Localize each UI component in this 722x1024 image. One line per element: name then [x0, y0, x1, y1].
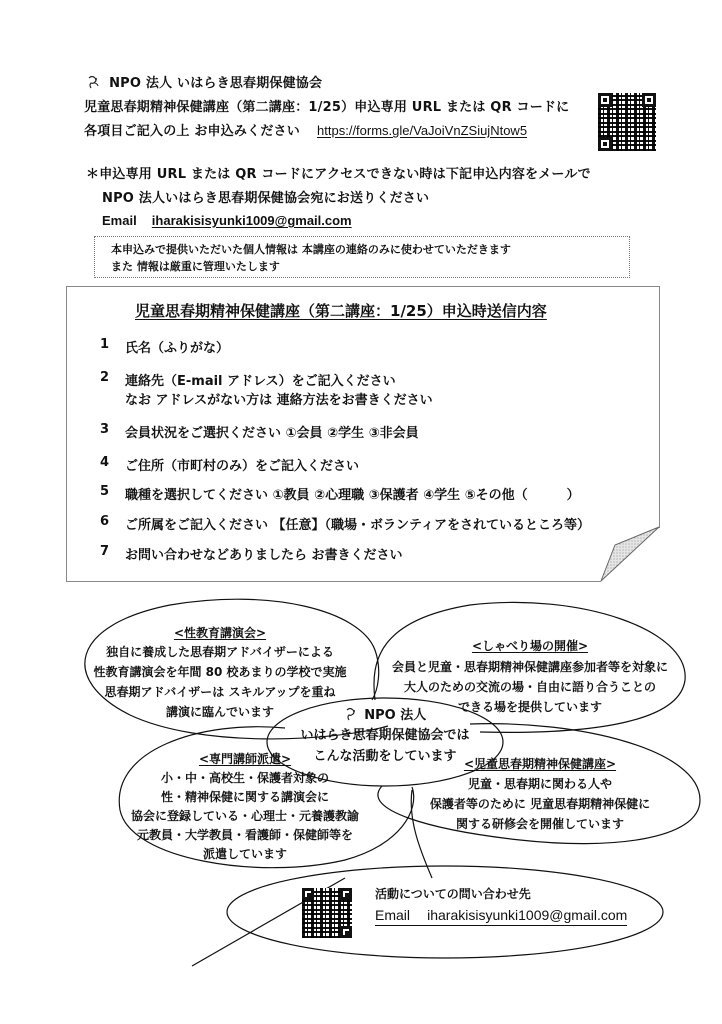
- email-label: Email: [102, 213, 137, 228]
- form-url-link[interactable]: https://forms.gle/VaJoiVnZSiujNtow5: [317, 123, 527, 138]
- item-text: お問い合わせなどありましたら お書きください: [125, 544, 403, 563]
- alt-contact-line1: ＊申込専用 URL または QR コードにアクセスできない時は下記申込内容をメー…: [86, 163, 591, 182]
- course-title: <児童思春期精神保健講座>: [395, 754, 685, 774]
- lecturer-bubble: <専門講師派遣> 小・中・高校生・保護者対象の 性・精神保健に関する講演会に 協…: [120, 749, 370, 864]
- alt-contact-email-row: Email iharakisisyunki1009@gmail.com: [102, 210, 352, 229]
- bubble-line: 独自に養成した思春期アドバイザーによる: [85, 642, 355, 662]
- form-qr-code[interactable]: [598, 93, 656, 151]
- contact-title: 活動についての問い合わせ先: [375, 885, 531, 902]
- center-line1: NPO 法人: [364, 708, 426, 723]
- mascot-icon: [86, 74, 102, 90]
- item-text: 氏名（ふりがな）: [125, 337, 229, 356]
- bubble-line: 協会に登録している・心理士・元養護教諭: [120, 807, 370, 826]
- contact-qr-code[interactable]: [302, 888, 352, 938]
- item-text: 連絡先（E-mail アドレス）をご記入ください: [125, 370, 396, 389]
- org-header: NPO 法人 いはらき思春期保健協会: [86, 72, 322, 91]
- bubble-line: 性教育講演会を年間 80 校あまりの学校で実施: [85, 662, 355, 682]
- box-border-bottom: [66, 581, 601, 582]
- page-curl-corner: [595, 525, 665, 585]
- bubble-line: 大人のための交流の場・自由に語り合うことの: [375, 677, 685, 697]
- bubble-line: 元教員・大学教員・看護師・保健師等を: [120, 826, 370, 845]
- bubble-line: 関する研修会を開催しています: [395, 814, 685, 834]
- mascot-icon: [344, 706, 360, 722]
- apply-instruction-line2: 各項目ご記入の上 お申込みください https://forms.gle/VaJo…: [84, 120, 527, 139]
- bubble-line: 保護者等のために 児童思春期精神保健に: [395, 794, 685, 814]
- sex-ed-title: <性教育講演会>: [85, 624, 355, 642]
- privacy-notice-box: 本申込みで提供いただいた個人情報は 本講座の連絡のみに使わせていただきます また…: [94, 236, 630, 278]
- org-name: NPO 法人 いはらき思春期保健協会: [109, 76, 322, 91]
- item-number: 6: [100, 514, 109, 529]
- item-text: ご住所（市町村のみ）をご記入ください: [125, 455, 359, 474]
- form-contents-title: 児童思春期精神保健講座（第二講座：1/25）申込時送信内容: [135, 300, 547, 321]
- talk-place-bubble: <しゃべり場の開催> 会員と児童・思春期精神保健講座参加者等を対象に 大人のため…: [375, 635, 685, 717]
- item-number: 7: [100, 544, 109, 559]
- talk-place-title: <しゃべり場の開催>: [375, 635, 685, 657]
- item-number: 4: [100, 455, 109, 470]
- item-text: ご所属をご記入ください 【任意】（職場・ボランティアをされているところ等）: [125, 514, 590, 533]
- alt-contact-email-link[interactable]: iharakisisyunki1009@gmail.com: [152, 213, 352, 228]
- item-number: 3: [100, 422, 109, 437]
- bubble-line: 会員と児童・思春期精神保健講座参加者等を対象に: [375, 657, 685, 677]
- box-border-right: [659, 286, 660, 528]
- privacy-line1: 本申込みで提供いただいた個人情報は 本講座の連絡のみに使わせていただきます: [111, 241, 629, 258]
- bubble-line: 小・中・高校生・保護者対象の: [120, 769, 370, 788]
- apply-instruction-line1: 児童思春期精神保健講座（第二講座：1/25）申込専用 URL または QR コー…: [84, 96, 569, 115]
- contact-email-row: Email iharakisisyunki1009@gmail.com: [375, 905, 627, 926]
- apply-instruction-text: 各項目ご記入の上 お申込みください: [84, 124, 300, 139]
- item-text-sub: なお アドレスがない方は 連絡方法をお書きください: [125, 389, 433, 408]
- item-number: 2: [100, 370, 109, 385]
- center-line2: いはらき思春期保健協会では: [285, 725, 485, 746]
- bubble-line: 性・精神保健に関する講演会に: [120, 788, 370, 807]
- alt-contact-line2: NPO 法人いはらき思春期保健協会宛にお送りください: [102, 187, 429, 206]
- course-bubble: <児童思春期精神保健講座> 児童・思春期に関わる人や 保護者等のために 児童思春…: [395, 754, 685, 834]
- privacy-line2: また 情報は厳重に管理いたします: [111, 258, 629, 275]
- contact-email-label: Email: [375, 907, 410, 923]
- bubble-line: 派遣しています: [120, 845, 370, 864]
- item-number: 1: [100, 337, 109, 352]
- lecturer-title: <専門講師派遣>: [120, 749, 370, 769]
- item-text: 職種を選択してください ①教員 ②心理職 ③保護者 ④学生 ⑤その他（ ）: [125, 484, 580, 503]
- center-line1-row: NPO 法人: [285, 706, 485, 725]
- contact-email-link[interactable]: iharakisisyunki1009@gmail.com: [427, 907, 627, 923]
- item-text: 会員状況をご選択ください ①会員 ②学生 ③非会員: [125, 422, 419, 441]
- bubble-line: 思春期アドバイザーは スキルアップを重ね: [85, 682, 355, 702]
- item-number: 5: [100, 484, 109, 499]
- bubble-line: 児童・思春期に関わる人や: [395, 774, 685, 794]
